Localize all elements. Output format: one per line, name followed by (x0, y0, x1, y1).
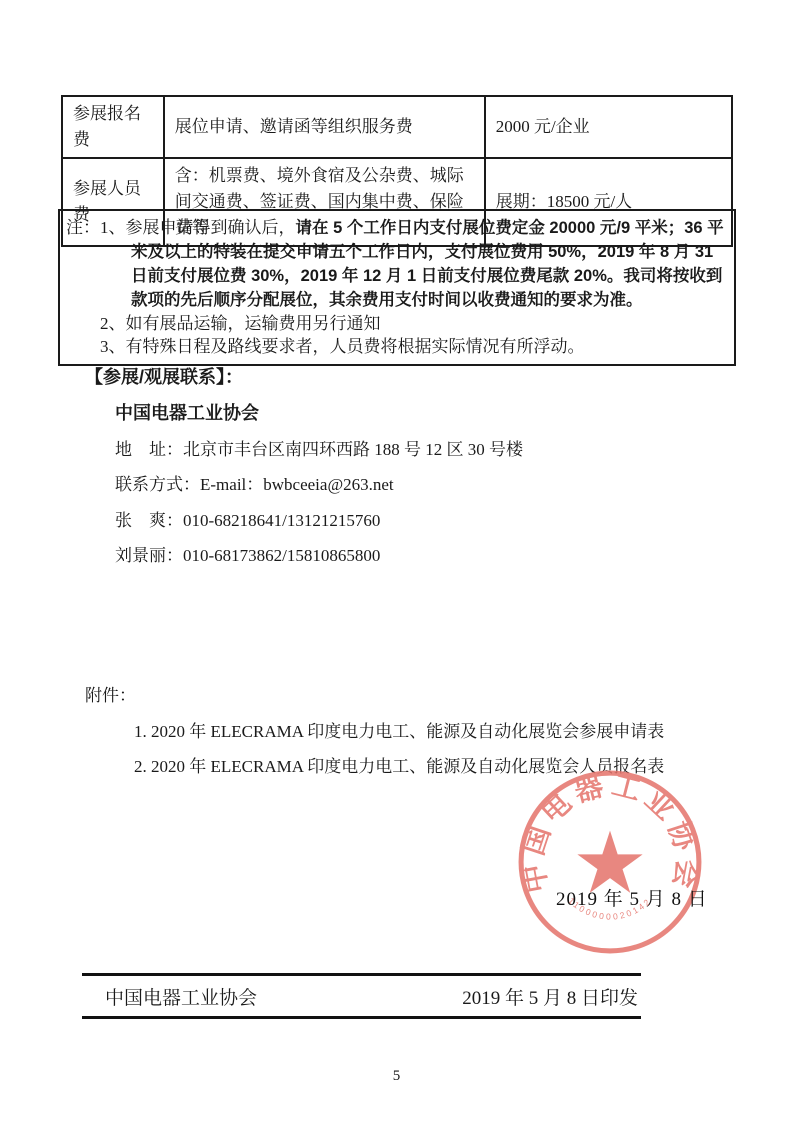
note-number: 2、 (100, 314, 126, 333)
organization-name: 中国电器工业协会 (115, 399, 259, 425)
footer-bottom-rule (82, 1016, 641, 1019)
contact-person-1: 张 爽：010-68218641/13121215760 (115, 506, 380, 531)
attachment-item-1: 1. 2020 年 ELECRAMA 印度电力电工、能源及自动化展览会参展申请表 (134, 717, 664, 742)
fee-row-price: 2000 元/企业 (485, 96, 732, 158)
notes-list: 1、参展申请得到确认后，请在 5 个工作日内支付展位费定金 20000 元/9 … (100, 216, 726, 358)
note-item-3: 3、有特殊日程及路线要求者，人员费将根据实际情况有所浮动。 (100, 335, 726, 358)
page-number: 5 (0, 1068, 793, 1085)
note-number: 1、 (100, 218, 126, 237)
note-number: 3、 (100, 337, 126, 356)
notes-prefix: 注： (66, 216, 100, 358)
official-seal: 中国电器工业协会 1100000020142 (514, 766, 706, 958)
document-footer: 中国电器工业协会 2019 年 5 月 8 日印发 (82, 973, 641, 1019)
attachments-heading: 附件： (85, 681, 136, 706)
footer-issuer: 中国电器工业协会 (105, 983, 257, 1010)
fee-row-label: 参展报名费 (62, 96, 164, 158)
contact-email: 联系方式：E-mail：bwbceeia@263.net (115, 470, 394, 495)
contact-heading: 【参展/观展联系】： (85, 363, 243, 389)
contact-person-2: 刘景丽：010-68173862/15810865800 (115, 541, 380, 566)
note-item-1: 1、参展申请得到确认后，请在 5 个工作日内支付展位费定金 20000 元/9 … (100, 216, 726, 312)
note-text: 如有展品运输，运输费用另行通知 (126, 314, 381, 333)
table-row: 参展报名费 展位申请、邀请函等组织服务费 2000 元/企业 (62, 96, 732, 158)
seal-date: 2019 年 5 月 8 日 (556, 884, 708, 911)
fee-row-description: 展位申请、邀请函等组织服务费 (164, 96, 485, 158)
note-item-2: 2、如有展品运输，运输费用另行通知 (100, 312, 726, 335)
footer-issue-date: 2019 年 5 月 8 日印发 (462, 983, 638, 1010)
document-page: 参展报名费 展位申请、邀请函等组织服务费 2000 元/企业 参展人员费 含：机… (0, 0, 793, 1122)
footer-row: 中国电器工业协会 2019 年 5 月 8 日印发 (82, 976, 641, 1016)
notes-box: 注： 1、参展申请得到确认后，请在 5 个工作日内支付展位费定金 20000 元… (58, 209, 736, 366)
contact-address: 地 址：北京市丰台区南四环西路 188 号 12 区 30 号楼 (115, 435, 523, 460)
note-text: 参展申请得到确认后， (126, 218, 296, 237)
note-text: 有特殊日程及路线要求者，人员费将根据实际情况有所浮动。 (126, 337, 585, 356)
